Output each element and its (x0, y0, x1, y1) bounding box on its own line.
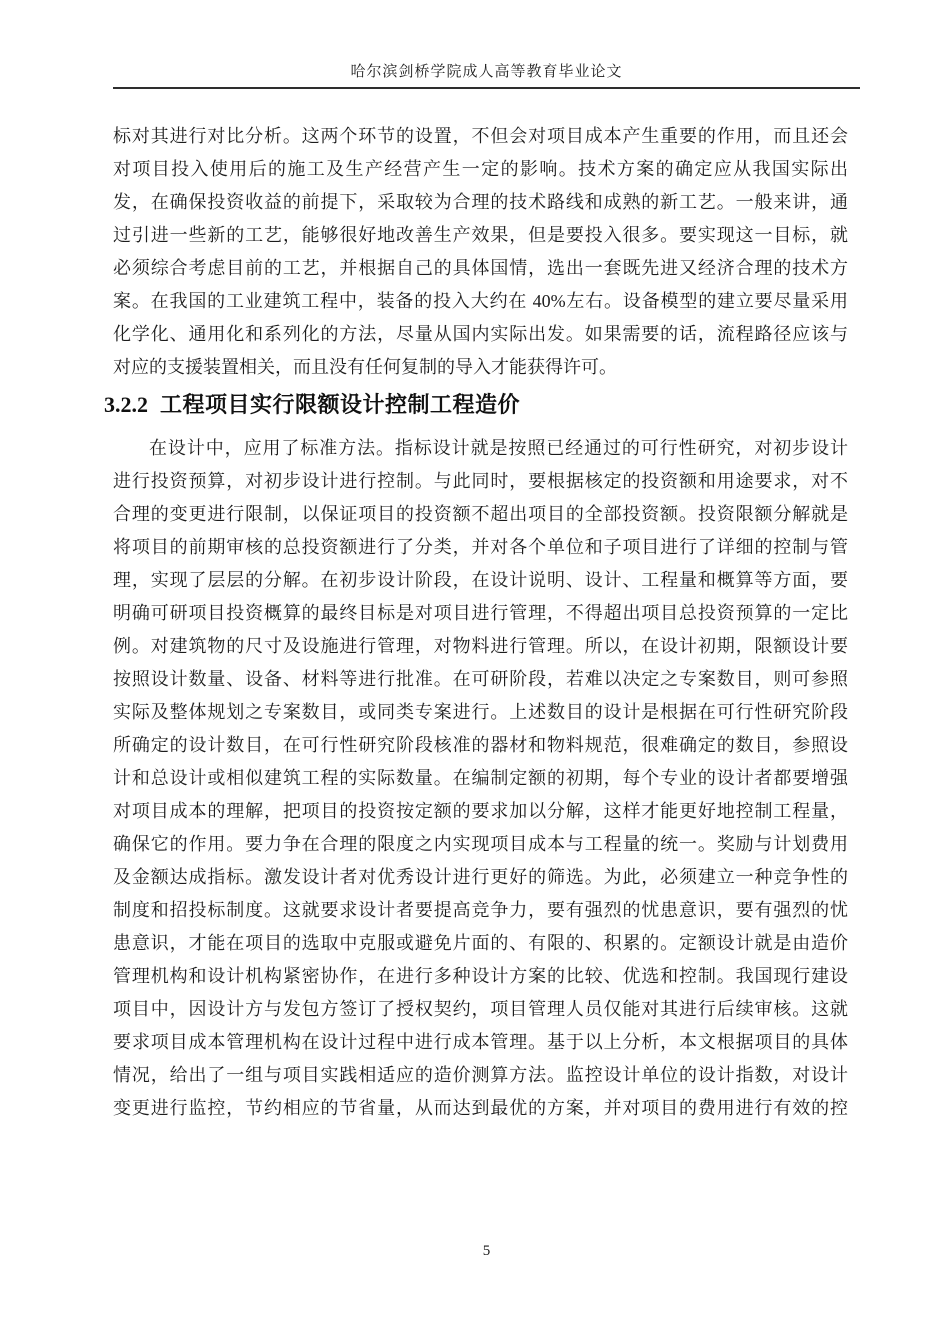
text-line: 变更进行监控，节约相应的节省量，从而达到最优的方案，并对项目的费用进行有效的控 (113, 1092, 848, 1125)
header-rule (113, 87, 860, 89)
text-line: 合理的变更进行限制，以保证项目的投资额不超出项目的全部投资额。投资限额分解就是 (113, 498, 848, 531)
text-line: 过引进一些新的工艺，能够很好地改善生产效果，但是要投入很多。要实现这一目标，就 (113, 219, 848, 252)
running-header-title: 哈尔滨剑桥学院成人高等教育毕业论文 (113, 60, 860, 81)
text-line: 制度和招投标制度。这就要求设计者要提高竞争力，要有强烈的忧患意识，要有强烈的忧 (113, 894, 848, 927)
text-line: 进行投资预算，对初步设计进行控制。与此同时，要根据核定的投资额和用途要求，对不 (113, 465, 848, 498)
text-line: 对项目投入使用后的施工及生产经营产生一定的影响。技术方案的确定应从我国实际出 (113, 153, 848, 186)
text-line: 所确定的设计数目，在可行性研究阶段核准的器材和物料规范，很难确定的数目，参照设 (113, 729, 848, 762)
text-line: 将项目的前期审核的总投资额进行了分类，并对各个单位和子项目进行了详细的控制与管 (113, 531, 848, 564)
section-heading: 3.2.2工程项目实行限额设计控制工程造价 (104, 390, 848, 420)
section-number: 3.2.2 (104, 392, 148, 417)
section-title: 工程项目实行限额设计控制工程造价 (160, 392, 520, 417)
text-line: 实际及整体规划之专案数目，或同类专案进行。上述数目的设计是根据在可行性研究阶段 (113, 696, 848, 729)
text-line: 理，实现了层层的分解。在初步设计阶段，在设计说明、设计、工程量和概算等方面，要 (113, 564, 848, 597)
page-number: 5 (113, 1243, 860, 1260)
text-line: 案。在我国的工业建筑工程中，装备的投入大约在 40%左右。设备模型的建立要尽量采… (113, 285, 848, 318)
text-line: 在设计中，应用了标准方法。指标设计就是按照已经通过的可行性研究，对初步设计 (113, 432, 848, 465)
text-line: 患意识，才能在项目的选取中克服或避免片面的、有限的、积累的。定额设计就是由造价 (113, 927, 848, 960)
text-line: 情况，给出了一组与项目实践相适应的造价测算方法。监控设计单位的设计指数，对设计 (113, 1059, 848, 1092)
text-line: 化学化、通用化和系列化的方法，尽量从国内实际出发。如果需要的话，流程路径应该与 (113, 318, 848, 351)
text-line: 确保它的作用。要力争在合理的限度之内实现项目成本与工程量的统一。奖励与计划费用 (113, 828, 848, 861)
text-line: 按照设计数量、设备、材料等进行批准。在可研阶段，若难以决定之专案数目，则可参照 (113, 663, 848, 696)
text-line: 要求项目成本管理机构在设计过程中进行成本管理。基于以上分析，本文根据项目的具体 (113, 1026, 848, 1059)
text-line: 必须综合考虑目前的工艺，并根据自己的具体国情，选出一套既先进又经济合理的技术方 (113, 252, 848, 285)
text-line: 计和总设计或相似建筑工程的实际数量。在编制定额的初期，每个专业的设计者都要增强 (113, 762, 848, 795)
text-line: 标对其进行对比分析。这两个环节的设置，不但会对项目成本产生重要的作用，而且还会 (113, 120, 848, 153)
paragraph-body: 在设计中，应用了标准方法。指标设计就是按照已经通过的可行性研究，对初步设计进行投… (113, 432, 848, 1125)
thesis-page: 哈尔滨剑桥学院成人高等教育毕业论文 标对其进行对比分析。这两个环节的设置，不但会… (0, 0, 950, 1344)
text-line: 例。对建筑物的尺寸及设施进行管理，对物料进行管理。所以，在设计初期，限额设计要 (113, 630, 848, 663)
text-line: 明确可研项目投资概算的最终目标是对项目进行管理，不得超出项目总投资预算的一定比 (113, 597, 848, 630)
text-line: 对项目成本的理解，把项目的投资按定额的要求加以分解，这样才能更好地控制工程量， (113, 795, 848, 828)
text-line: 对应的支援装置相关，而且没有任何复制的导入才能获得许可。 (113, 351, 848, 384)
text-line: 管理机构和设计机构紧密协作，在进行多种设计方案的比较、优选和控制。我国现行建设 (113, 960, 848, 993)
page-body: 标对其进行对比分析。这两个环节的设置，不但会对项目成本产生重要的作用，而且还会对… (113, 120, 848, 1125)
text-line: 发，在确保投资收益的前提下，采取较为合理的技术路线和成熟的新工艺。一般来讲，通 (113, 186, 848, 219)
text-line: 项目中，因设计方与发包方签订了授权契约，项目管理人员仅能对其进行后续审核。这就 (113, 993, 848, 1026)
text-line: 及金额达成指标。激发设计者对优秀设计进行更好的筛选。为此，必须建立一种竞争性的 (113, 861, 848, 894)
paragraph-continuation: 标对其进行对比分析。这两个环节的设置，不但会对项目成本产生重要的作用，而且还会对… (113, 120, 848, 384)
